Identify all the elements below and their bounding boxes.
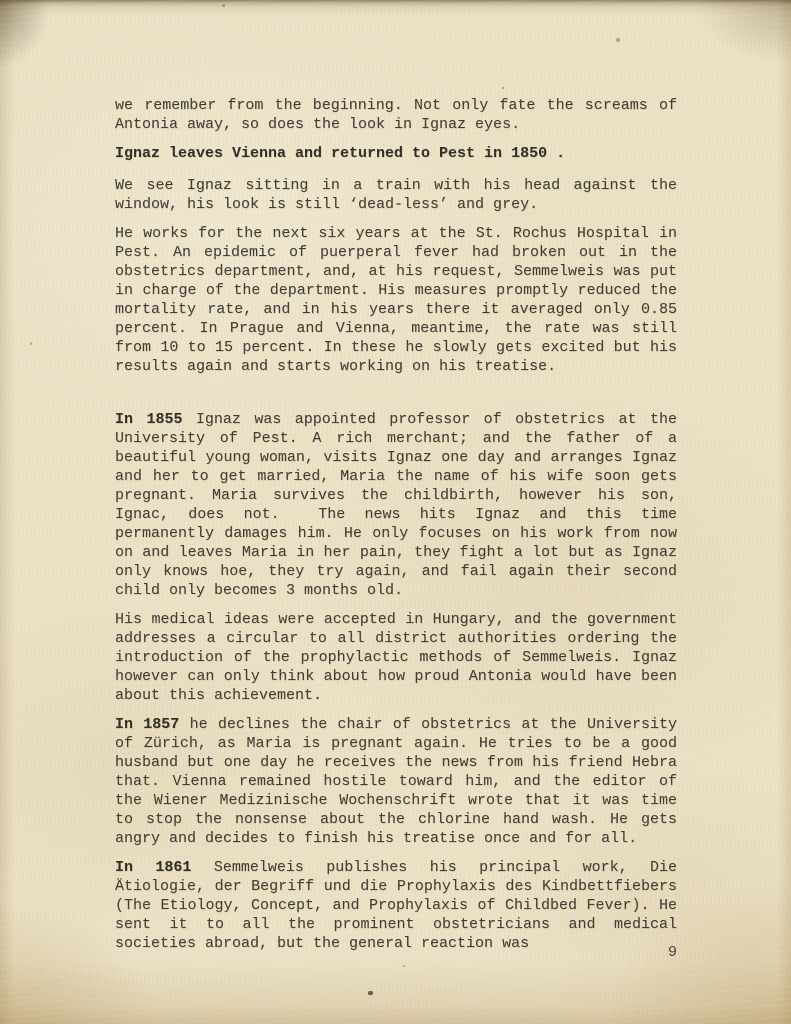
document-page: we remember from the beginning. Not only… <box>0 0 791 1024</box>
year-lead-1857: In 1857 <box>115 716 179 733</box>
section-heading-1850: Ignaz leaves Vienna and returned to Pest… <box>115 144 677 163</box>
paragraph-1857-body: he declines the chair of obstetrics at t… <box>115 716 677 847</box>
year-lead-1855: In 1855 <box>115 411 182 428</box>
paragraph-hungary-circular: His medical ideas were accepted in Hunga… <box>115 610 677 705</box>
paper-speck <box>222 4 225 7</box>
paper-speck <box>616 38 620 42</box>
paragraph-1857: In 1857 he declines the chair of obstetr… <box>115 715 677 848</box>
paragraph-rochus-hospital: He works for the next six years at the S… <box>115 224 677 376</box>
paragraph-1855-body: Ignaz was appointed professor of obstetr… <box>115 411 677 599</box>
paragraph-1861: In 1861 Semmelweis publishes his princip… <box>115 858 677 953</box>
year-lead-1861: In 1861 <box>115 859 191 876</box>
paper-speck <box>30 342 32 345</box>
paragraph-1861-body: Semmelweis publishes his principal work,… <box>115 859 677 952</box>
paragraph-train-scene: We see Ignaz sitting in a train with his… <box>115 176 677 214</box>
paper-speck <box>502 87 504 89</box>
page-number: 9 <box>115 944 677 961</box>
paper-speck <box>403 965 405 967</box>
text-column: we remember from the beginning. Not only… <box>115 96 677 963</box>
paper-speck <box>368 991 373 995</box>
paragraph-1855: In 1855 Ignaz was appointed professor of… <box>115 410 677 600</box>
paragraph-intro: we remember from the beginning. Not only… <box>115 96 677 134</box>
